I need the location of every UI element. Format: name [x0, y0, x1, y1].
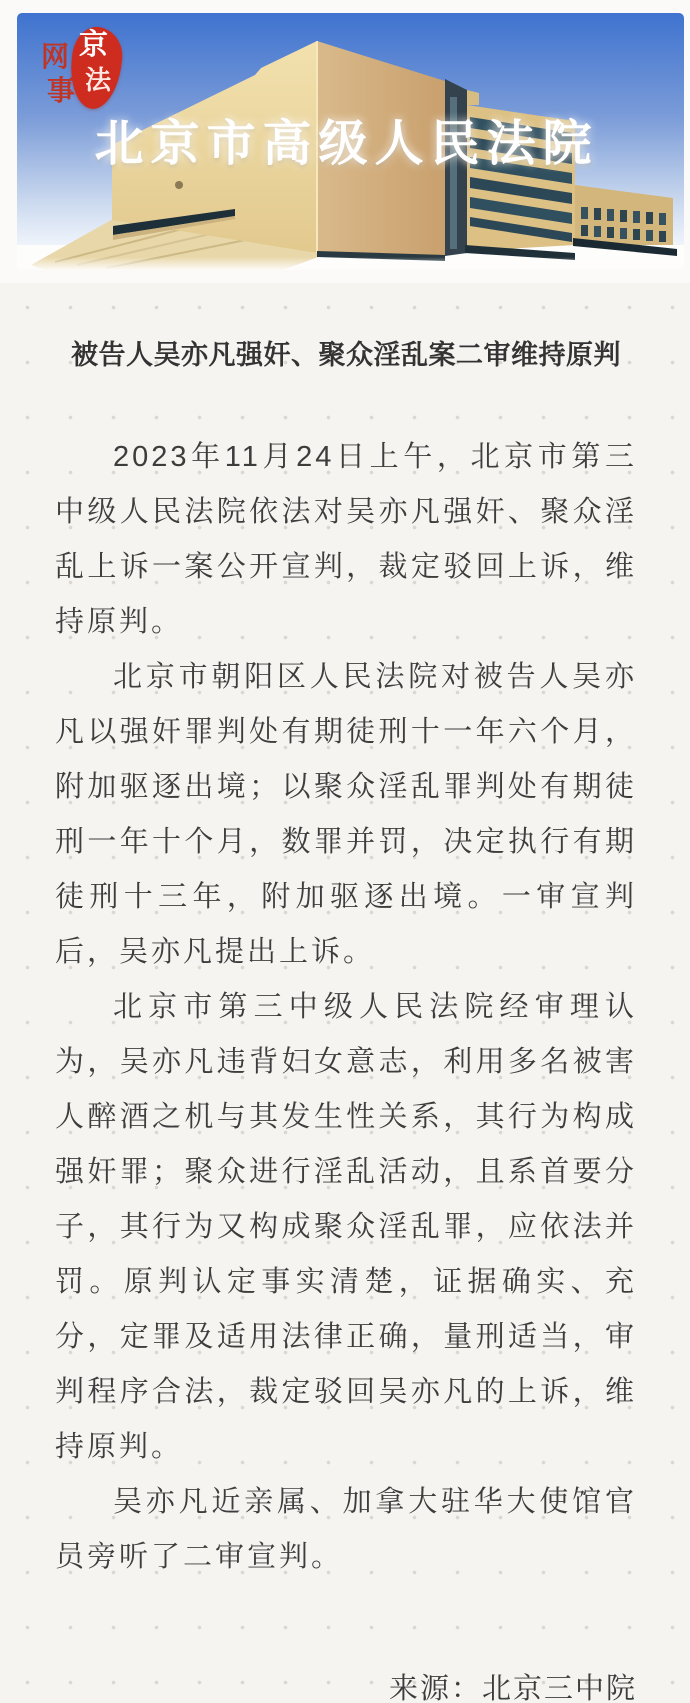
article-page: 网 京 事 法 北京市高级人民法院 被告人吴亦凡强奸、聚众淫乱案二审维持原判 2…	[0, 0, 690, 1703]
source-attribution: 来源：北京三中院	[55, 1671, 637, 1703]
seal-char-top-left: 网	[41, 43, 69, 71]
seal-char-bottom-left: 事	[47, 77, 75, 105]
article-paragraph: 北京市第三中级人民法院经审理认为，吴亦凡违背妇女意志，利用多名被害人醉酒之机与其…	[55, 980, 637, 1475]
article-paragraph: 北京市朝阳区人民法院对被告人吴亦凡以强奸罪判处有期徒刑十一年六个月，附加驱逐出境…	[55, 650, 637, 980]
building-banner-text: 北京市高级人民法院	[17, 116, 676, 172]
article-paragraph: 2023年11月24日上午，北京市第三中级人民法院依法对吴亦凡强奸、聚众淫乱上诉…	[55, 430, 637, 650]
article-content: 被告人吴亦凡强奸、聚众淫乱案二审维持原判 2023年11月24日上午，北京市第三…	[0, 283, 690, 1703]
paragraph-list: 2023年11月24日上午，北京市第三中级人民法院依法对吴亦凡强奸、聚众淫乱上诉…	[55, 430, 637, 1585]
seal-char-top-right: 京	[79, 31, 108, 60]
header-band: 网 京 事 法 北京市高级人民法院	[0, 0, 690, 283]
article-title: 被告人吴亦凡强奸、聚众淫乱案二审维持原判	[55, 337, 637, 373]
seal-char-bottom-right: 法	[85, 67, 111, 93]
court-building-photo: 网 京 事 法 北京市高级人民法院	[17, 13, 684, 270]
article-paragraph: 吴亦凡近亲属、加拿大驻华大使馆官员旁听了二审宣判。	[55, 1475, 637, 1585]
